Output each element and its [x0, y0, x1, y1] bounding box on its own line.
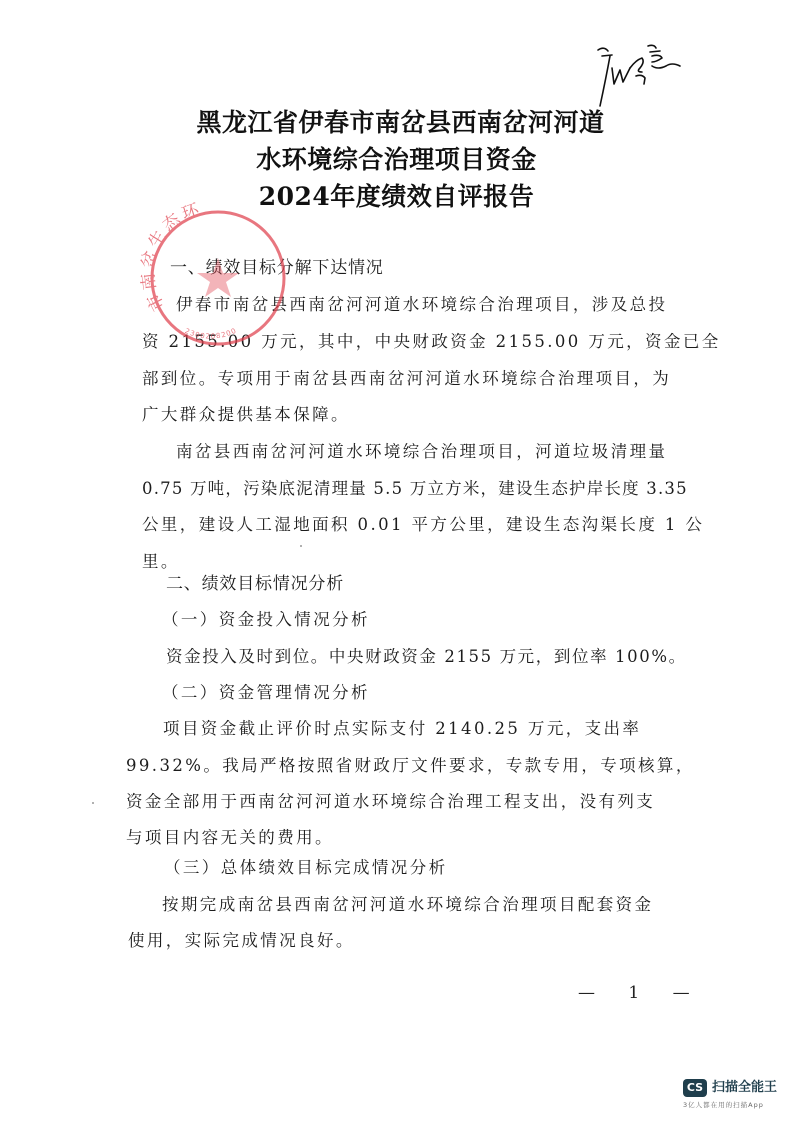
handwritten-signature	[590, 38, 700, 108]
paragraph-line: 公里，建设人工湿地面积 0.01 平方公里，建设生态沟渠长度 1 公	[142, 513, 704, 537]
watermark-app-name: 扫描全能王	[712, 1079, 777, 1097]
paragraph-line: 99.32%。我局严格按照省财政厅文件要求，专款专用，专项核算，	[126, 754, 695, 778]
section-heading-2: 二、绩效目标情况分析	[166, 572, 344, 596]
paragraph-line: 部到位。专项用于南岔县西南岔河河道水环境综合治理项目，为	[142, 367, 671, 391]
subsection-heading-2: （二）资金管理情况分析	[162, 681, 370, 705]
paragraph-line: 里。	[142, 550, 180, 574]
paragraph-line: 资 2155.00 万元，其中，中央财政资金 2155.00 万元，资金已全	[142, 330, 721, 354]
paragraph-line: 使用，实际完成情况良好。	[128, 929, 355, 953]
document-title-line-2: 水环境综合治理项目资金	[0, 143, 793, 177]
watermark-tagline: 3亿人都在用的扫描App	[683, 1101, 764, 1110]
paragraph-line: 项目资金截止评价时点实际支付 2140.25 万元，支出率	[163, 717, 641, 741]
paragraph-line: 资金投入及时到位。中央财政资金 2155 万元，到位率 100%。	[166, 645, 687, 669]
camscanner-watermark: CS 扫描全能王 3亿人都在用的扫描App	[683, 1079, 789, 1113]
section-heading-1: 一、绩效目标分解下达情况	[170, 256, 384, 280]
document-title-line-1: 黑龙江省伊春市南岔县西南岔河河道	[4, 106, 793, 140]
paragraph-line: 0.75 万吨，污染底泥清理量 5.5 万立方米，建设生态护岸长度 3.35	[142, 477, 688, 501]
paragraph-line: 广大群众提供基本保障。	[142, 403, 350, 427]
document-page: 黑龙江省伊春市南岔县西南岔河河道 水环境综合治理项目资金 2024年度绩效自评报…	[0, 0, 793, 1122]
subsection-heading-1: （一）资金投入情况分析	[162, 608, 370, 632]
paragraph-line: 与项目内容无关的费用。	[126, 826, 334, 850]
paragraph-line: 伊春市南岔县西南岔河河道水环境综合治理项目，涉及总投	[176, 293, 667, 317]
paragraph-line: 南岔县西南岔河河道水环境综合治理项目，河道垃圾清理量	[176, 440, 667, 464]
document-title-line-3: 2024年度绩效自评报告	[0, 180, 793, 214]
camscanner-logo-icon: CS	[683, 1079, 707, 1097]
page-number: — 1 —	[578, 983, 704, 1003]
subsection-heading-3: （三）总体绩效目标完成情况分析	[164, 856, 448, 880]
scan-speck	[92, 802, 94, 804]
paragraph-line: 资金全部用于西南岔河河道水环境综合治理工程支出，没有列支	[126, 790, 655, 814]
paragraph-line: 按期完成南岔县西南岔河河道水环境综合治理项目配套资金	[162, 893, 653, 917]
scan-speck	[300, 545, 302, 547]
